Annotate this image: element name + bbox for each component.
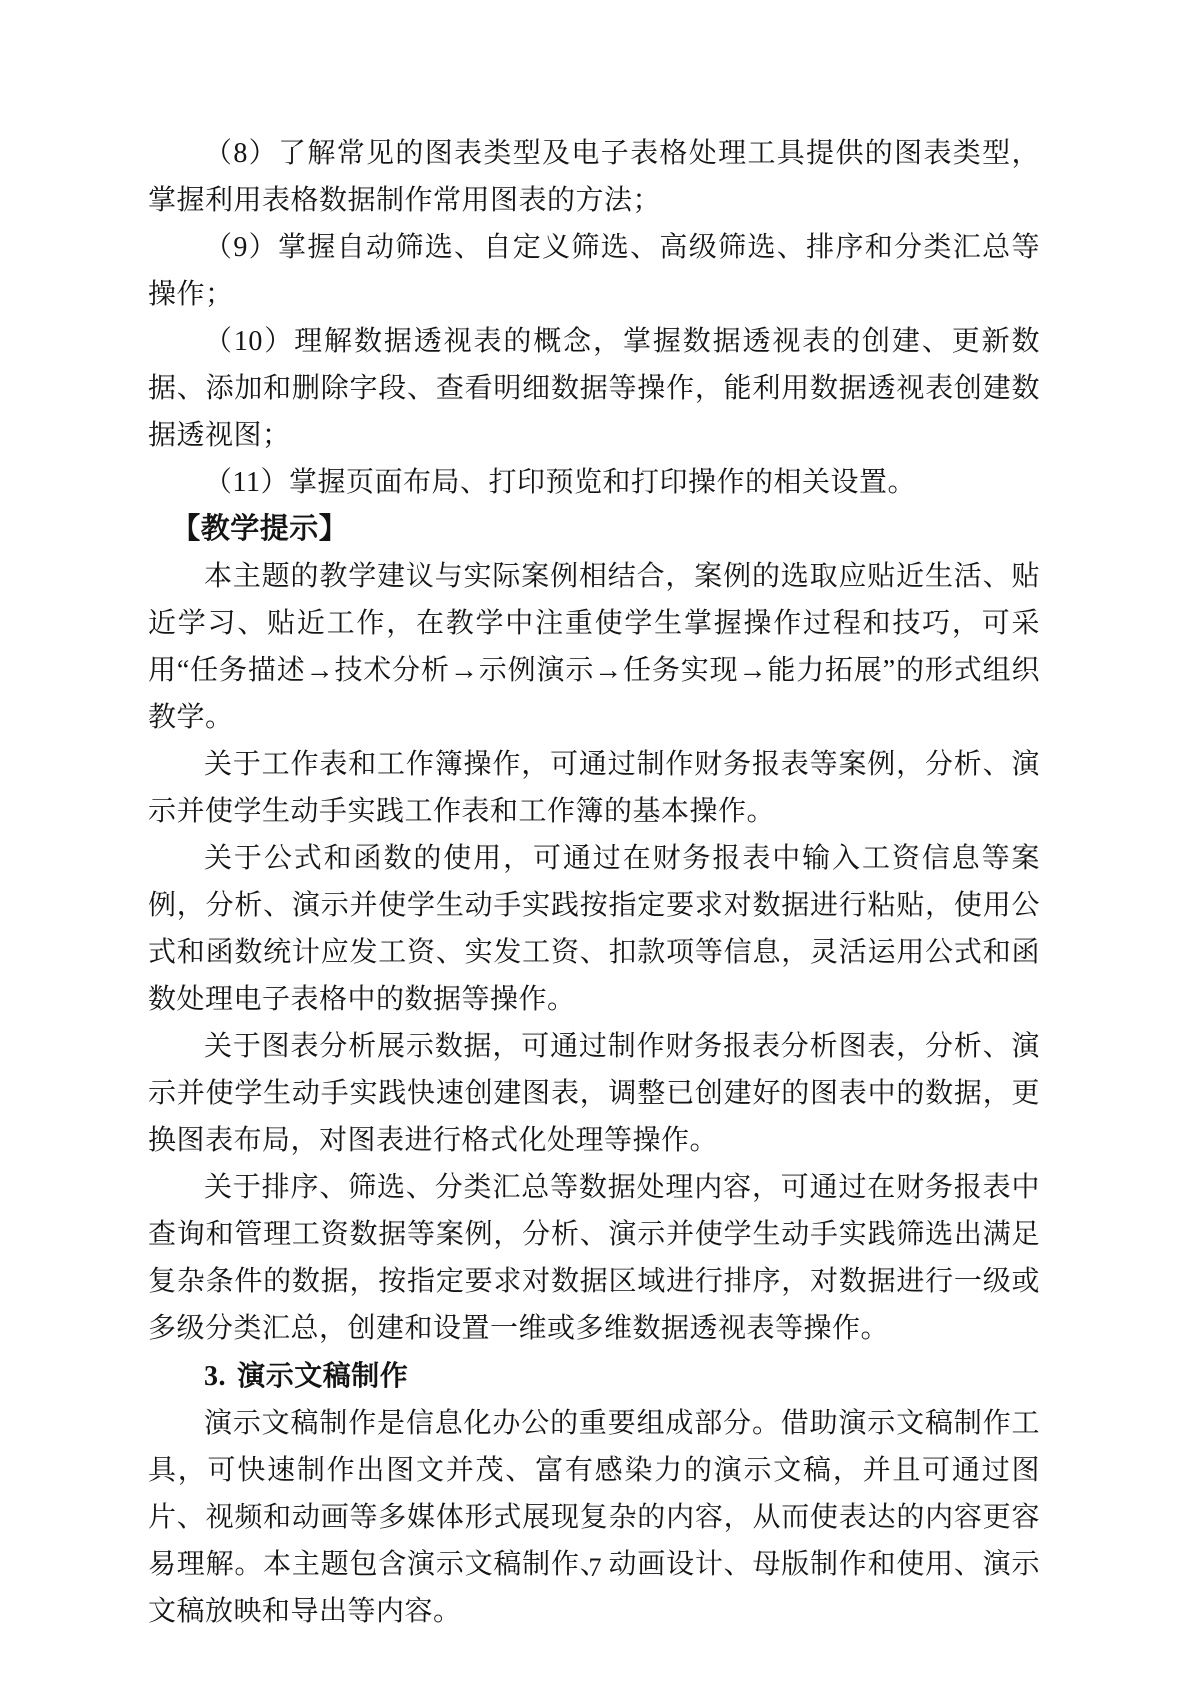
section-heading-presentation: 3.演示文稿制作 xyxy=(148,1352,1040,1400)
list-item-8: （8）了解常见的图表类型及电子表格处理工具提供的图表类型，掌握利用表格数据制作常… xyxy=(148,130,1040,224)
document-body: （8）了解常见的图表类型及电子表格处理工具提供的图表类型，掌握利用表格数据制作常… xyxy=(148,130,1040,1635)
document-page: （8）了解常见的图表类型及电子表格处理工具提供的图表类型，掌握利用表格数据制作常… xyxy=(0,0,1190,1684)
list-item-11: （11）掌握页面布局、打印预览和打印操作的相关设置。 xyxy=(148,459,1040,506)
page-number: 7 xyxy=(0,1552,1190,1584)
tips-paragraph: 关于工作表和工作簿操作，可通过制作财务报表等案例，分析、演示并使学生动手实践工作… xyxy=(148,741,1040,835)
tips-paragraph: 关于排序、筛选、分类汇总等数据处理内容，可通过在财务报表中查询和管理工资数据等案… xyxy=(148,1164,1040,1352)
list-item-10: （10）理解数据透视表的概念，掌握数据透视表的创建、更新数据、添加和删除字段、查… xyxy=(148,318,1040,459)
section-title: 演示文稿制作 xyxy=(237,1360,408,1391)
tips-paragraph: 关于图表分析展示数据，可通过制作财务报表分析图表，分析、演示并使学生动手实践快速… xyxy=(148,1023,1040,1164)
section-paragraph: 演示文稿制作是信息化办公的重要组成部分。借助演示文稿制作工具，可快速制作出图文并… xyxy=(148,1400,1040,1635)
list-item-9: （9）掌握自动筛选、自定义筛选、高级筛选、排序和分类汇总等操作； xyxy=(148,224,1040,318)
teaching-tips-heading: 【教学提示】 xyxy=(148,506,1040,553)
tips-paragraph: 本主题的教学建议与实际案例相结合，案例的选取应贴近生活、贴近学习、贴近工作，在教… xyxy=(148,553,1040,741)
tips-paragraph: 关于公式和函数的使用，可通过在财务报表中输入工资信息等案例，分析、演示并使学生动… xyxy=(148,835,1040,1023)
section-number: 3. xyxy=(204,1361,226,1392)
